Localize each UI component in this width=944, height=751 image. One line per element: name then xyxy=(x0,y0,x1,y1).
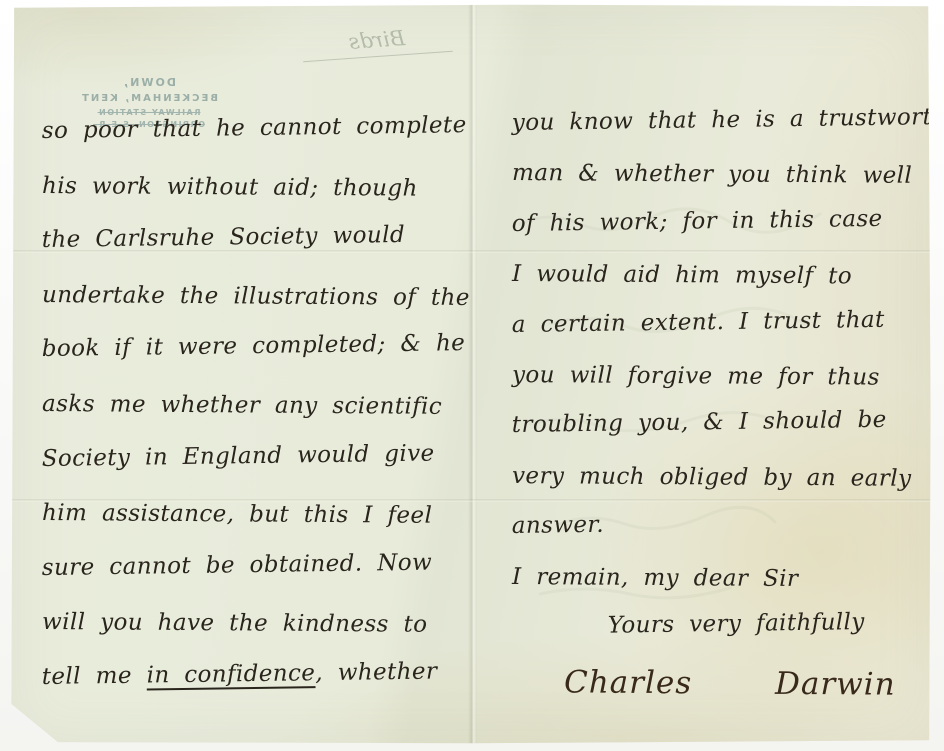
letter-sheet: DOWN, BECKENHAM, KENT RAILWAY STATION OR… xyxy=(10,4,931,744)
letter-line: a certain extent. I trust that xyxy=(512,305,944,362)
letter-line: Society in England would give xyxy=(42,440,470,501)
letter-line: the Carlsruhe Society would xyxy=(42,221,470,282)
letter-line: book if it were completed; & he xyxy=(42,330,470,391)
letter-line: sure cannot be obtained. Now xyxy=(42,549,470,610)
left-page-text: so poor that he cannot complete his work… xyxy=(42,118,470,719)
signature: Charles Darwin xyxy=(512,664,944,718)
letter-line: so poor that he cannot complete xyxy=(42,112,470,173)
right-page-text: you know that he is a trustworthy man & … xyxy=(512,110,944,715)
letter-line-with-underline: tell me in confidence, whether xyxy=(42,658,470,719)
letter-line-segment: , whether xyxy=(315,658,437,686)
valediction-line: Yours very faithfully xyxy=(512,608,944,665)
letter-line: troubling you, & I should be xyxy=(512,406,944,463)
letter-scan-scene: DOWN, BECKENHAM, KENT RAILWAY STATION OR… xyxy=(0,0,944,751)
letterhead-line: DOWN, xyxy=(54,74,244,91)
pencil-inscription-showthrough: Birds xyxy=(301,23,453,62)
letter-line: answer. xyxy=(512,507,944,564)
letter-line-segment: tell me xyxy=(42,662,147,689)
letterhead-line: BECKENHAM, KENT xyxy=(54,91,244,107)
letter-line: you know that he is a trustworthy xyxy=(512,104,944,161)
letter-line: of his work; for in this case xyxy=(512,205,944,262)
underlined-phrase: in confidence xyxy=(146,660,315,688)
